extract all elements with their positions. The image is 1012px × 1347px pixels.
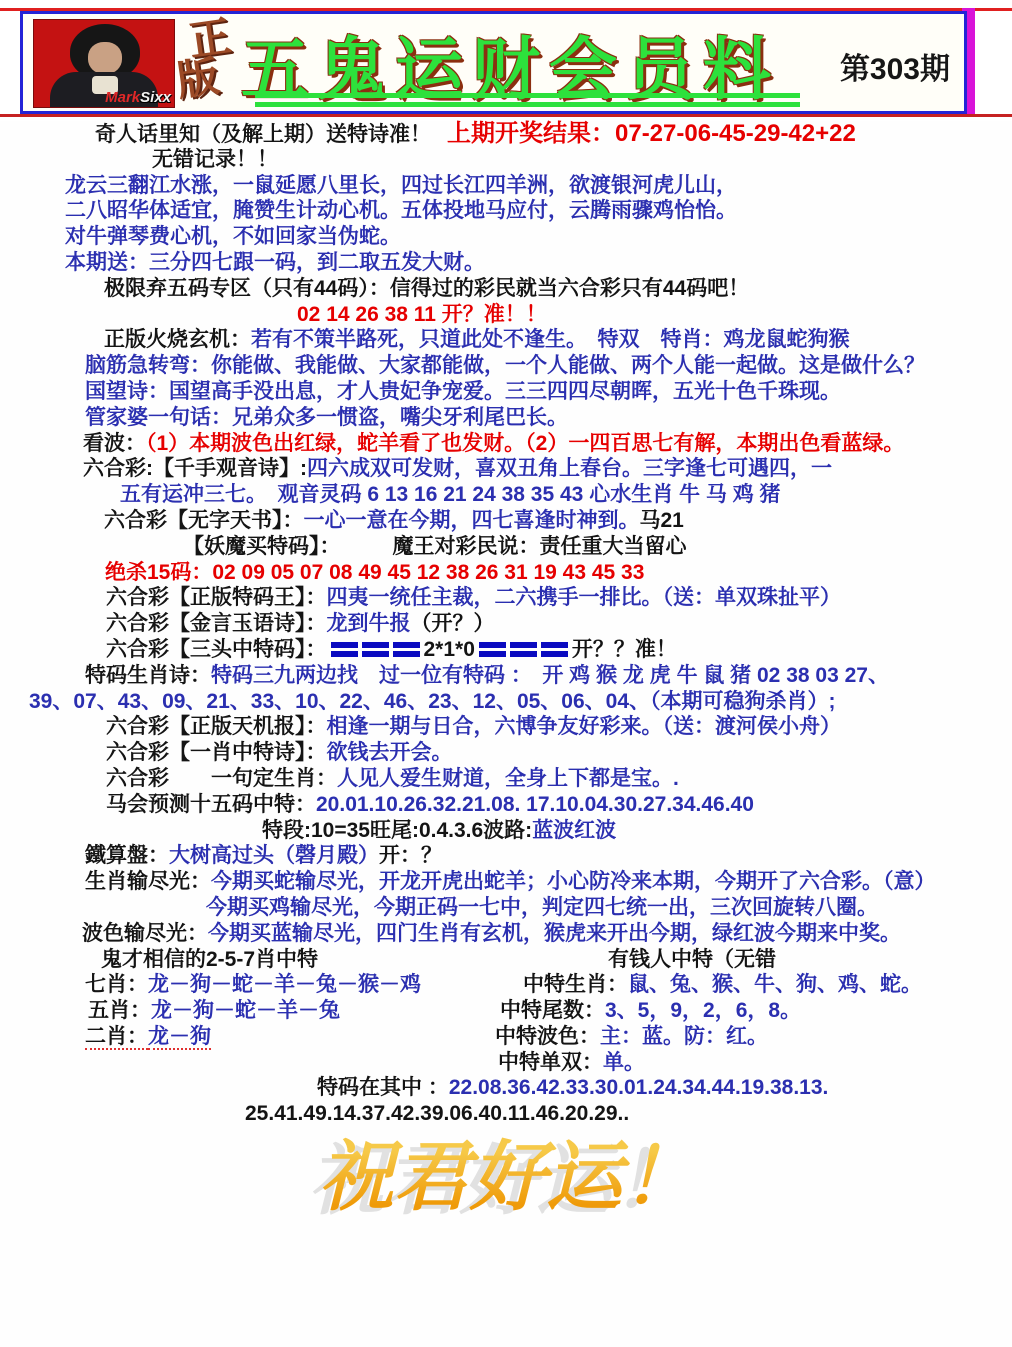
text-segment: 脑筋急转弯：你能做、我能做、大家都能做，一个人能做、两个人能一起做。这是做什么？ [85, 354, 925, 377]
text-segment: 中特尾数： [500, 999, 605, 1022]
text-segment: 生肖输尽光： [85, 870, 211, 893]
erxiao-row-right: 中特波色：主：蓝。防：红。 [495, 1024, 768, 1050]
text-segment: 鐵算盤： [85, 844, 169, 867]
text-segment: 今期买蛇输尽光，开龙开虎出蛇羊；小心防冷来本期，今期开了六合彩。（意） [211, 870, 936, 893]
text-segment: 龙云三翻江水涨，一鼠延愿八里长，四过长江四羊洲，欲渡银河虎儿山， [65, 174, 737, 197]
text-segment: 极限弃五码专区（只有44码）：信得过的彩民就当六合彩只有44码吧！ [104, 277, 749, 300]
text-segment: 正版火烧玄机： [104, 328, 251, 351]
text-segment: 五肖： [88, 999, 151, 1022]
header-frame: MarkSixx 正 版 五鬼运财会员料 第303期 [20, 11, 967, 114]
kanbo-line: 看波：（1）本期波色出红绿，蛇羊看了也发财。（2）一四百思七有解，本期出色看蓝绿… [0, 431, 1012, 457]
host-photo: MarkSixx [33, 19, 175, 108]
yaomo-line: 【妖魔买特码】：魔王对彩民说：责任重大当留心 [0, 534, 1012, 560]
danshuang-row-right: 中特单双：单。 [498, 1050, 645, 1076]
text-segment: 2*1*0 [424, 638, 475, 661]
text-segment: 本期送：三分四七跟一码，到二取五发大财。 [65, 251, 485, 274]
text-segment: 波色输尽光： [82, 922, 208, 945]
text-segment: 中特波色： [495, 1025, 600, 1048]
blue-bar-blocks-icon [329, 638, 422, 664]
brand-sixx: Sixx [140, 89, 171, 106]
text-segment: 六合彩【金言玉语诗】： [106, 612, 327, 635]
tema-pool-numbers-2: 25.41.49.14.37.42.39.06.40.11.46.20.29.. [245, 1102, 629, 1125]
text-segment: 五有运冲三七。 观音灵码 6 13 16 21 24 38 35 43 心水生肖… [120, 483, 781, 506]
tema-pool-numbers-1: 22.08.36.42.33.30.01.24.34.44.19.38.13. [449, 1076, 829, 1099]
yiju-line: 六合彩 一句定生肖：人见人爱生财道，全身上下都是宝。. [0, 766, 1012, 792]
huoshao-line: 正版火烧玄机：若有不策半路死，只道此处不逢生。 特双 特肖：鸡龙鼠蛇狗猴 [0, 327, 1012, 353]
tiesuanpan-line: 鐵算盤：大树高过头（磬月殿）开：？ [0, 843, 1012, 869]
poem-line-2: 二八昭华体适宜，腌赞生计动心机。五体投地马应付，云腾雨骤鸡怡怡。 [0, 198, 1012, 224]
text-segment: 马会预测十五码中特： [106, 793, 316, 816]
text-segment: 特码在其中 ： [317, 1076, 449, 1099]
yuce15-line: 马会预测十五码中特：20.01.10.26.32.21.08. 17.10.04… [0, 792, 1012, 818]
text-segment: 看波： [83, 432, 146, 455]
text-segment: 六合彩【正版特码王】： [106, 586, 327, 609]
text-segment: 七肖： [85, 973, 148, 996]
text-segment: 马21 [640, 509, 684, 532]
tianjibao-line: 六合彩【正版天机报】：相逢一期与日合，六博争友好彩来。（送：渡河侯小舟） [0, 714, 1012, 740]
lingma-line: 五有运冲三七。 观音灵码 6 13 16 21 24 38 35 43 心水生肖… [0, 482, 1012, 508]
guowang-line: 国望诗：国望高手没出息，才人贵妃争宠爱。三三四四尽朝晖，五光十色千珠现。 [0, 379, 1012, 405]
photo-face-shape [88, 42, 122, 74]
zone44-line: 极限弃五码专区（只有44码）：信得过的彩民就当六合彩只有44码吧！ [0, 276, 1012, 302]
opening-text: 奇人话里知（及解上期）送特诗准！ [95, 123, 431, 146]
wuzitianshu-line: 六合彩【无字天书】：一心一意在今期，四七喜逢时神到。马21 [0, 508, 1012, 534]
two-col-header-row-right: 有钱人中特（无错 [608, 947, 776, 973]
text-segment: 六合彩【三头中特码】： [106, 638, 327, 661]
opening-line: 奇人话里知（及解上期）送特诗准！上期开奖结果：07-27-06-45-29-42… [0, 121, 1012, 147]
header-bottom-red-line [0, 114, 1012, 117]
teduan-line: 特段:10=35旺尾:0.4.3.6波路:蓝波红波 [0, 818, 1012, 844]
wuxiao-row-right: 中特尾数：3、5，9，2，6，8。 [500, 998, 801, 1024]
text-segment: 开：？ [379, 844, 442, 867]
text-segment: 二八昭华体适宜，腌赞生计动心机。五体投地马应付，云腾雨骤鸡怡怡。 [65, 199, 737, 222]
text-segment: 四夷一统任主裁，二六携手一排比。（送：单双珠扯平） [327, 586, 842, 609]
erxiao-row-left: 二肖：龙－狗 [85, 1024, 211, 1050]
text-segment: 管家婆一句话：兄弟众多一惯盗，嘴尖牙利尾巴长。 [85, 406, 568, 429]
text-segment: 人见人爱生财道，全身上下都是宝。. [337, 767, 679, 790]
santou-line: 六合彩【三头中特码】：2*1*0开？？准！ [0, 637, 1012, 663]
text-segment: 【妖魔买特码】： [183, 535, 341, 558]
poem-line-3: 对牛弹琴费心机，不如回家当伪蛇。 [0, 224, 1012, 250]
text-segment: 一心一意在今期，四七喜逢时神到。 [304, 509, 640, 532]
two-col-header-row: 鬼才相信的2-5-7肖中特有钱人中特（无错 [0, 947, 1012, 973]
brain-teaser-line: 脑筋急转弯：你能做、我能做、大家都能做，一个人能做、两个人能一起做。这是做什么？ [0, 353, 1012, 379]
text-segment: 39、07、43、09、21、33、10、22、46、23、12、05、06、0… [29, 690, 836, 713]
wuxiao-row-left: 五肖：龙－狗－蛇－羊－兔 [88, 998, 340, 1024]
text-segment: 龙－狗 [148, 1025, 211, 1050]
text-segment: 龙－狗－蛇－羊－兔 [151, 999, 340, 1022]
tip-sheet-body: 奇人话里知（及解上期）送特诗准！上期开奖结果：07-27-06-45-29-42… [0, 121, 1012, 1127]
left-column-title: 鬼才相信的2-5-7肖中特 [101, 948, 318, 971]
photo-brand-text: MarkSixx [105, 89, 171, 106]
text-segment: 中特生肖： [523, 973, 628, 996]
guanjiapo-line: 管家婆一句话：兄弟众多一惯盗，嘴尖牙利尾巴长。 [0, 405, 1012, 431]
text-segment: 开？？准！ [572, 638, 677, 661]
qixiao-row-left: 七肖：龙－狗－蛇－羊－兔－猴－鸡 [85, 972, 421, 998]
text-segment: 鼠、兔、猴、牛、狗、鸡、蛇。 [628, 973, 922, 996]
text-segment: 二肖： [85, 1025, 148, 1050]
tema-pool-line: 特码在其中 ：22.08.36.42.33.30.01.24.34.44.19.… [0, 1075, 1012, 1101]
text-segment: （1）本期波色出红绿，蛇羊看了也发财。（2）一四百思七有解，本期出色看蓝绿。 [146, 432, 904, 455]
zhengban-stamp: 正 版 [175, 16, 237, 108]
text-segment: 主：蓝。防：红。 [600, 1025, 768, 1048]
text-segment: （开？） [411, 612, 495, 635]
issue-number: 第303期 [840, 44, 950, 88]
zone44-codes: 02 14 26 38 11 开？准！！ [0, 302, 1012, 328]
text-segment: 今期买鸡输尽光，今期正码一七中，判定四七统一出，三次回旋转八圈。 [206, 896, 878, 919]
blue-bar-blocks-icon [477, 638, 570, 664]
text-segment: 龙到牛报 [327, 612, 411, 635]
text-segment: 单。 [603, 1051, 645, 1074]
text-segment: 蓝波红波 [532, 819, 616, 842]
tematwang-line: 六合彩【正版特码王】：四夷一统任主裁，二六携手一排比。（送：单双珠扯平） [0, 585, 1012, 611]
qianshou-line: 六合彩:【千手观音诗】:四六成双可发财，喜双丑角上春台。三字逢七可遇四，一 [0, 456, 1012, 482]
text-segment: 特码三九两边找 过一位有特码 ： 开 鸡 猴 龙 虎 牛 鼠 猪 02 38 0… [211, 664, 889, 687]
text-segment: 四六成双可发财，喜双丑角上春台。三字逢七可遇四，一 [307, 457, 832, 480]
tema-pool-line-2: 25.41.49.14.37.42.39.06.40.11.46.20.29.. [0, 1101, 1012, 1127]
gift-line: 本期送：三分四七跟一码，到二取五发大财。 [0, 250, 1012, 276]
shengxiao-shujin-line-2: 今期买鸡输尽光，今期正码一七中，判定四七统一出，三次回旋转八圈。 [0, 895, 1012, 921]
text-segment: 六合彩【一肖中特诗】： [106, 741, 327, 764]
shengxiaoshi-line: 特码生肖诗：特码三九两边找 过一位有特码 ： 开 鸡 猴 龙 虎 牛 鼠 猪 0… [0, 663, 1012, 689]
text-segment: 欲钱去开会。 [327, 741, 453, 764]
brand-mark: Mark [105, 89, 140, 106]
text-segment: 特码生肖诗： [85, 664, 211, 687]
text-segment: 3、5，9，2，6，8。 [605, 999, 801, 1022]
text-segment: 今期买蓝输尽光，四门生肖有玄机，猴虎来开出今期，绿红波今期来中奖。 [208, 922, 901, 945]
stamp-char-2: 版 [174, 55, 221, 102]
text-segment: 相逢一期与日合，六博争友好彩来。（送：渡河侯小舟） [327, 715, 842, 738]
text-segment: 中特单双： [498, 1051, 603, 1074]
two-col-header-row-left: 鬼才相信的2-5-7肖中特 [101, 947, 318, 973]
text-segment: 六合彩【无字天书】： [104, 509, 304, 532]
text-segment: 大树高过头（磬月殿） [169, 844, 379, 867]
wuxiao-row: 五肖：龙－狗－蛇－羊－兔中特尾数：3、5，9，2，6，8。 [0, 998, 1012, 1024]
kill-15-codes: 绝杀15码：02 09 05 07 08 49 45 12 38 26 31 1… [105, 561, 644, 584]
text-segment: 若有不策半路死，只道此处不逢生。 特双 特肖：鸡龙鼠蛇狗猴 [251, 328, 850, 351]
text-segment: 对牛弹琴费心机，不如回家当伪蛇。 [65, 225, 401, 248]
last-draw-result: 上期开奖结果：07-27-06-45-29-42+22 [447, 120, 856, 147]
qixiao-row-right: 中特生肖：鼠、兔、猴、牛、狗、鸡、蛇。 [523, 972, 922, 998]
text-segment: 魔王对彩民说：责任重大当留心 [393, 535, 687, 558]
qixiao-row: 七肖：龙－狗－蛇－羊－兔－猴－鸡中特生肖：鼠、兔、猴、牛、狗、鸡、蛇。 [0, 972, 1012, 998]
text-segment: 六合彩:【千手观音诗】: [83, 457, 307, 480]
text-segment: 特段:10=35旺尾:0.4.3.6波路: [262, 819, 532, 842]
record-text: 无错记录！！ [152, 148, 278, 171]
yixiao-line: 六合彩【一肖中特诗】：欲钱去开会。 [0, 740, 1012, 766]
shengxiao-shujin-line: 生肖输尽光：今期买蛇输尽光，开龙开虎出蛇羊；小心防冷来本期，今期开了六合彩。（意… [0, 869, 1012, 895]
right-column-title: 有钱人中特（无错 [608, 948, 776, 971]
erxiao-row: 二肖：龙－狗中特波色：主：蓝。防：红。 [0, 1024, 1012, 1050]
jinyan-line: 六合彩【金言玉语诗】：龙到牛报（开？） [0, 611, 1012, 637]
text-segment: 六合彩【正版天机报】： [106, 715, 327, 738]
juesha-line: 绝杀15码：02 09 05 07 08 49 45 12 38 26 31 1… [0, 560, 1012, 586]
zone44-code-numbers: 02 14 26 38 11 开？准！！ [297, 303, 547, 326]
title-underline [255, 93, 800, 107]
shengxiaoshi-line-2: 39、07、43、09、21、33、10、22、46、23、12、05、06、0… [0, 689, 1012, 715]
poem-line-1: 龙云三翻江水涨，一鼠延愿八里长，四过长江四羊洲，欲渡银河虎儿山， [0, 173, 1012, 199]
bose-shujin-line: 波色输尽光：今期买蓝输尽光，四门生肖有玄机，猴虎来开出今期，绿红波今期来中奖。 [0, 921, 1012, 947]
text-segment: 国望诗：国望高手没出息，才人贵妃争宠爱。三三四四尽朝晖，五光十色千珠现。 [85, 380, 841, 403]
danshuang-row: 中特单双：单。 [0, 1050, 1012, 1076]
page-header: MarkSixx 正 版 五鬼运财会员料 第303期 [0, 0, 1012, 121]
text-segment: 六合彩 一句定生肖： [106, 767, 337, 790]
text-segment: 20.01.10.26.32.21.08. 17.10.04.30.27.34.… [316, 793, 754, 816]
text-segment: 龙－狗－蛇－羊－兔－猴－鸡 [148, 973, 421, 996]
record-line: 无错记录！！ [0, 147, 1012, 173]
blessing-text: 祝君好运！ [0, 1133, 738, 1223]
